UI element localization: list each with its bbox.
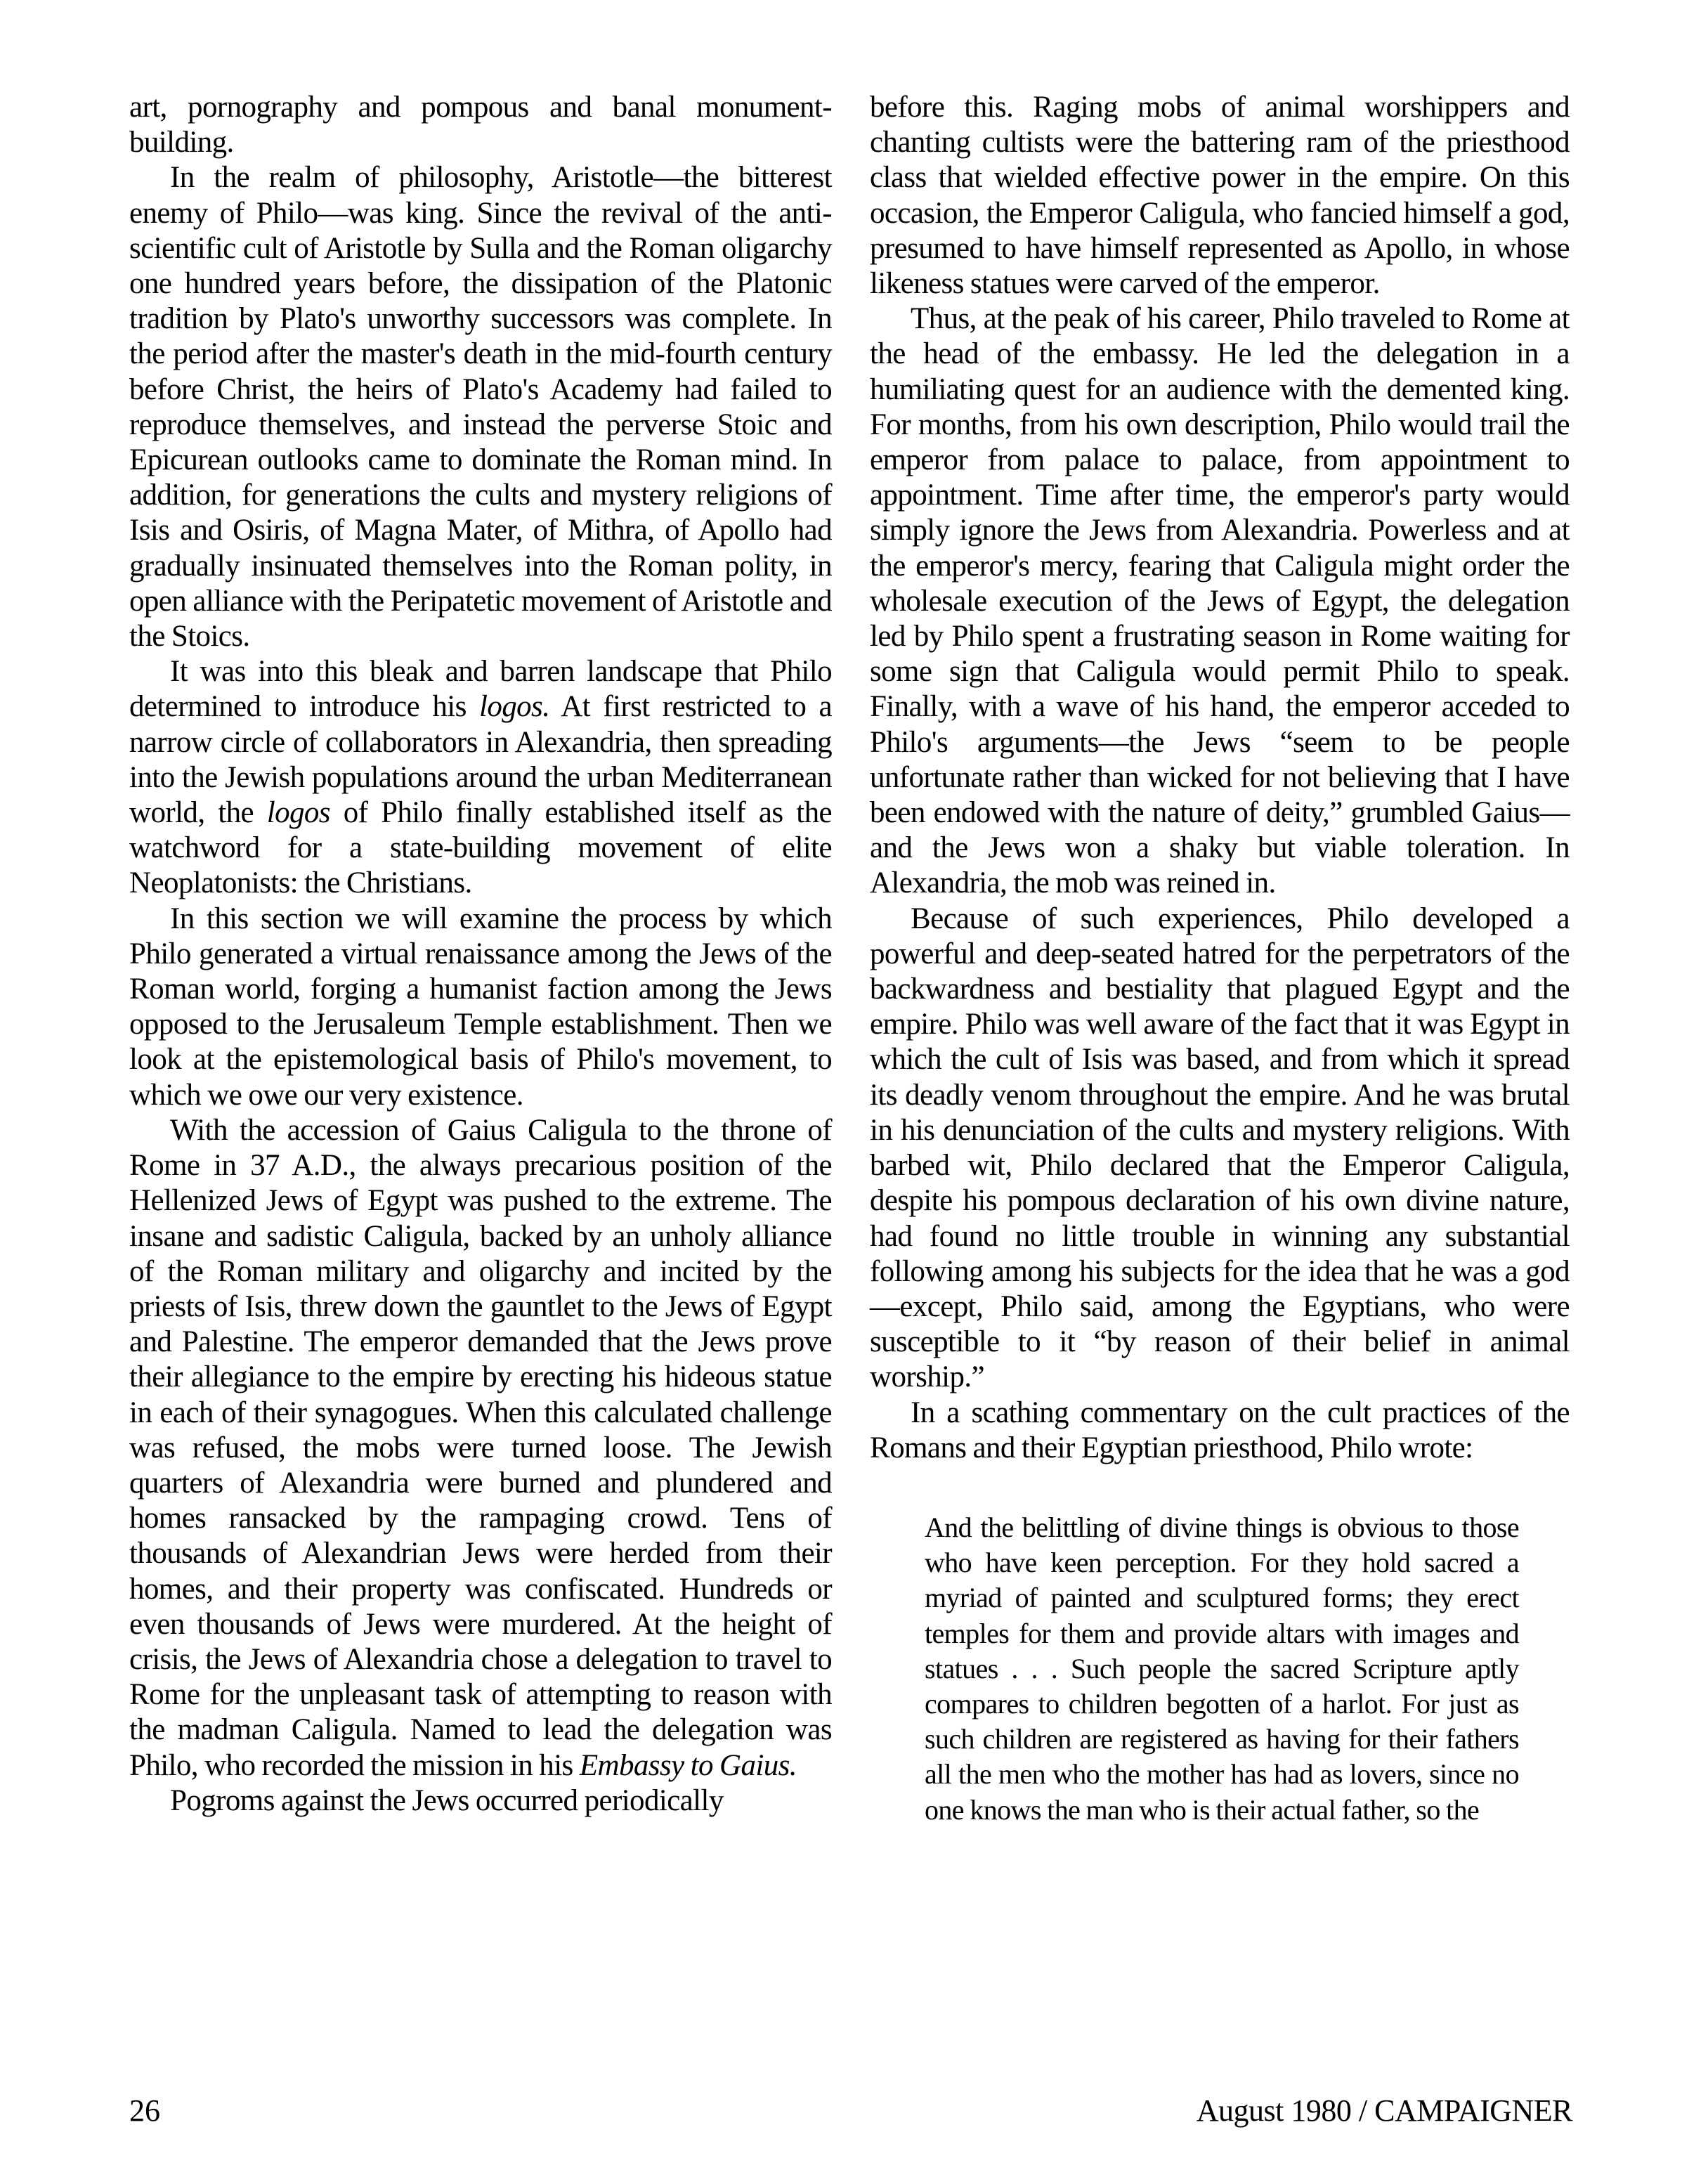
paragraph-section-intro: In this section we will examine the proc… [129, 902, 832, 1113]
paragraph-embassy: Thus, at the peak of his career, Philo t… [870, 301, 1570, 901]
paragraph-aristotle: In the realm of philosophy, Aristotle—th… [129, 160, 832, 654]
page-number: 26 [129, 2093, 160, 2128]
italic-term: logos. [479, 690, 549, 723]
paragraph-continuation: before this. Raging mobs of animal worsh… [870, 90, 1570, 301]
book-title: Embassy to Gaius. [580, 1749, 797, 1782]
paragraph-continuation: art, pornography and pompous and banal m… [129, 90, 832, 160]
paragraph-logos: It was into this bleak and barren landsc… [129, 654, 832, 901]
left-column: art, pornography and pompous and banal m… [129, 90, 832, 1819]
paragraph-hatred: Because of such experiences, Philo devel… [870, 902, 1570, 1396]
italic-term: logos [267, 796, 330, 829]
paragraph-caligula: With the accession of Gaius Caligula to … [129, 1113, 832, 1783]
paragraph-pogroms: Pogroms against the Jews occurred period… [129, 1783, 832, 1819]
blockquote: And the belittling of divine things is o… [870, 1510, 1570, 1828]
right-column: before this. Raging mobs of animal worsh… [870, 90, 1570, 1828]
paragraph-commentary: In a scathing commentary on the cult pra… [870, 1396, 1570, 1466]
issue-footer: August 1980 / CAMPAIGNER [1197, 2093, 1572, 2128]
text-run: With the accession of Gaius Caligula to … [129, 1114, 832, 1782]
